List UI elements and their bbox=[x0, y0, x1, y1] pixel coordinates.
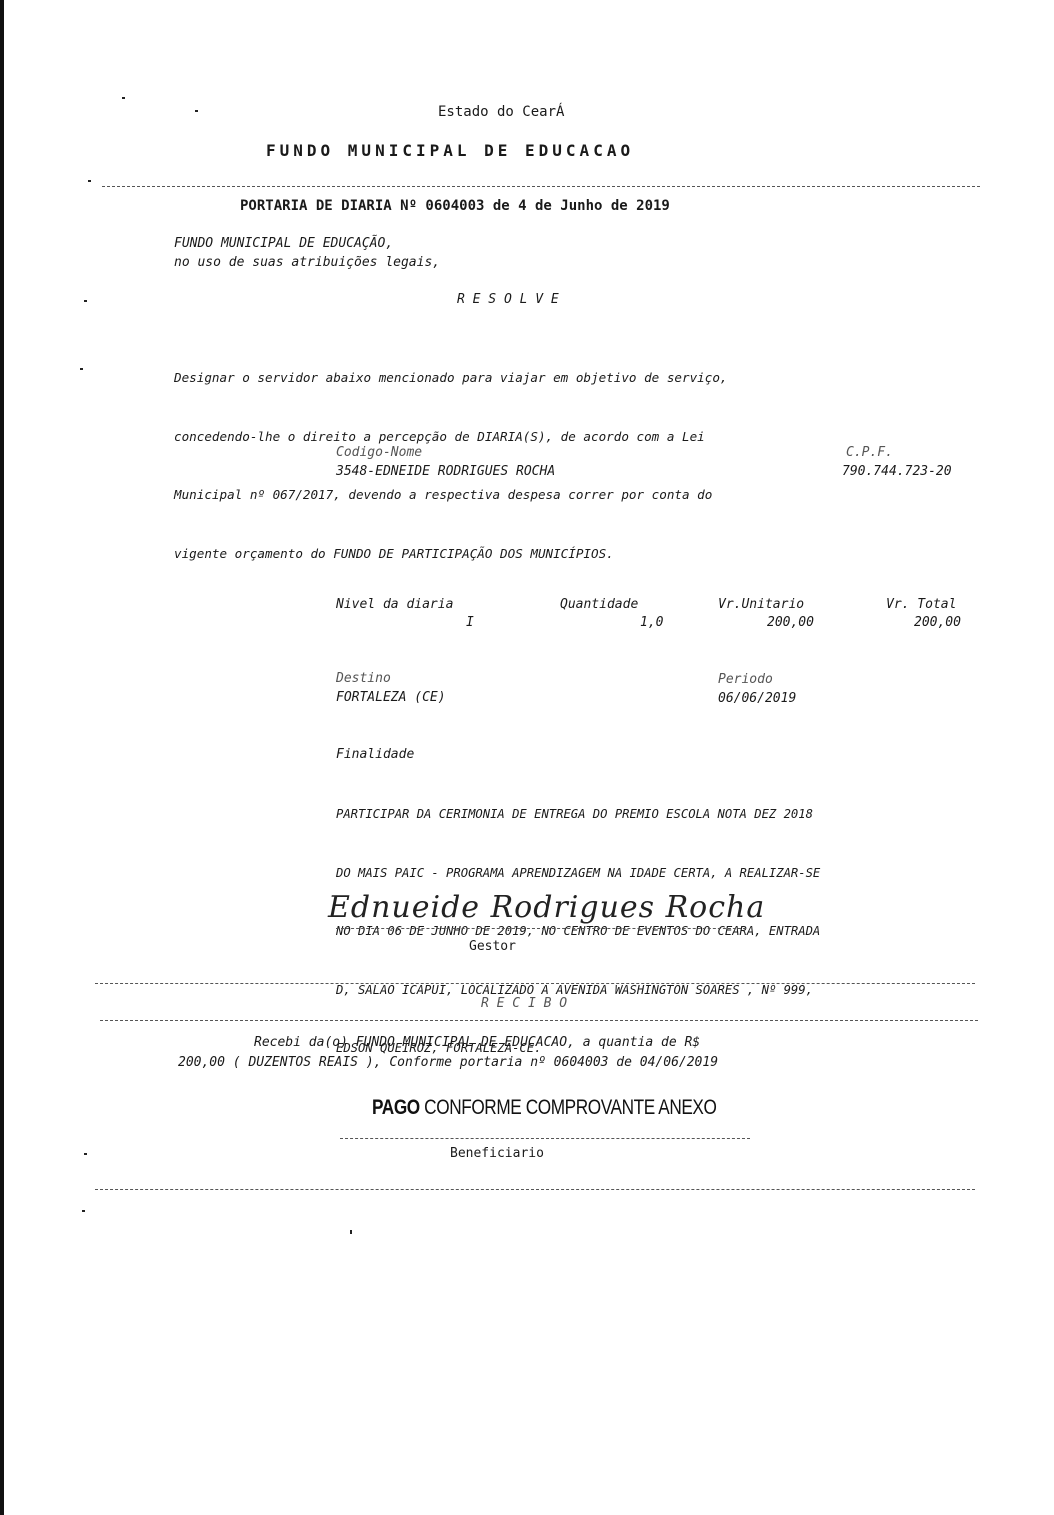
finalidade-line: PARTICIPAR DA CERIMONIA DE ENTREGA DO PR… bbox=[336, 805, 820, 825]
nivel-value: I bbox=[466, 615, 474, 630]
destino-label: Destino bbox=[336, 671, 391, 686]
resolve-heading: R E S O L V E bbox=[457, 292, 559, 307]
quantidade-value: 1,0 bbox=[640, 615, 663, 630]
body-line: vigente orçamento do FUNDO DE PARTICIPAÇ… bbox=[174, 544, 728, 564]
scan-speck bbox=[88, 180, 91, 182]
scan-speck bbox=[80, 368, 83, 370]
codigo-nome-value: 3548-EDNEIDE RODRIGUES ROCHA bbox=[336, 464, 555, 479]
divider-line bbox=[100, 1020, 978, 1021]
scan-speck bbox=[82, 1210, 85, 1212]
vr-total-value: 200,00 bbox=[914, 615, 961, 630]
recibo-heading: R E C I B O bbox=[481, 996, 567, 1011]
intro-line-2: no uso de suas atribuições legais, bbox=[174, 255, 440, 270]
scan-speck bbox=[84, 300, 87, 302]
state-name: Estado do CearÁ bbox=[438, 104, 564, 120]
destino-value: FORTALEZA (CE) bbox=[336, 690, 446, 705]
scanned-document-page: Estado do CearÁ FUNDO MUNICIPAL DE EDUCA… bbox=[0, 0, 1054, 1515]
scan-speck bbox=[122, 97, 125, 99]
vr-unitario-value: 200,00 bbox=[767, 615, 814, 630]
nivel-label: Nivel da diaria bbox=[336, 597, 453, 612]
stamp-bold: PAGO bbox=[372, 1096, 420, 1119]
signature-line bbox=[336, 928, 746, 929]
scan-speck bbox=[84, 1153, 87, 1155]
scan-speck bbox=[195, 110, 198, 112]
handwritten-signature: Ednueide Rodrigues Rocha bbox=[328, 890, 765, 925]
cpf-label: C.P.F. bbox=[846, 445, 893, 460]
vr-unitario-label: Vr.Unitario bbox=[718, 597, 804, 612]
cpf-value: 790.744.723-20 bbox=[842, 464, 952, 479]
beneficiary-signature-line bbox=[340, 1138, 750, 1139]
divider-line bbox=[95, 1189, 975, 1190]
recibo-line-1: Recebi da(o) FUNDO MUNICIPAL DE EDUCACAO… bbox=[254, 1035, 700, 1050]
payment-stamp: PAGO CONFORME COMPROVANTE ANEXO bbox=[372, 1096, 717, 1120]
stamp-rest: CONFORME COMPROVANTE ANEXO bbox=[420, 1096, 717, 1119]
body-line: Municipal nº 067/2017, devendo a respect… bbox=[174, 485, 728, 505]
vr-total-label: Vr. Total bbox=[886, 597, 956, 612]
periodo-label: Periodo bbox=[718, 672, 773, 687]
signature-role: Gestor bbox=[469, 939, 516, 954]
portaria-title: PORTARIA DE DIARIA Nº 0604003 de 4 de Ju… bbox=[240, 198, 670, 214]
recibo-line-2: 200,00 ( DUZENTOS REAIS ), Conforme port… bbox=[178, 1055, 718, 1070]
scan-speck bbox=[350, 1230, 352, 1234]
institution-title: FUNDO MUNICIPAL DE EDUCACAO bbox=[266, 141, 634, 160]
scanner-edge bbox=[0, 0, 4, 1515]
body-line: Designar o servidor abaixo mencionado pa… bbox=[174, 368, 728, 388]
body-line: concedendo-lhe o direito a percepção de … bbox=[174, 427, 728, 447]
intro-line-1: FUNDO MUNICIPAL DE EDUCAÇÃO, bbox=[174, 236, 393, 251]
periodo-value: 06/06/2019 bbox=[718, 691, 796, 706]
divider-line bbox=[102, 186, 980, 187]
finalidade-label: Finalidade bbox=[336, 747, 414, 762]
finalidade-line: DO MAIS PAIC - PROGRAMA APRENDIZAGEM NA … bbox=[336, 864, 820, 884]
beneficiary-label: Beneficiario bbox=[450, 1146, 544, 1161]
quantidade-label: Quantidade bbox=[560, 597, 638, 612]
divider-line bbox=[95, 983, 975, 984]
codigo-nome-label: Codigo-Nome bbox=[336, 445, 422, 460]
